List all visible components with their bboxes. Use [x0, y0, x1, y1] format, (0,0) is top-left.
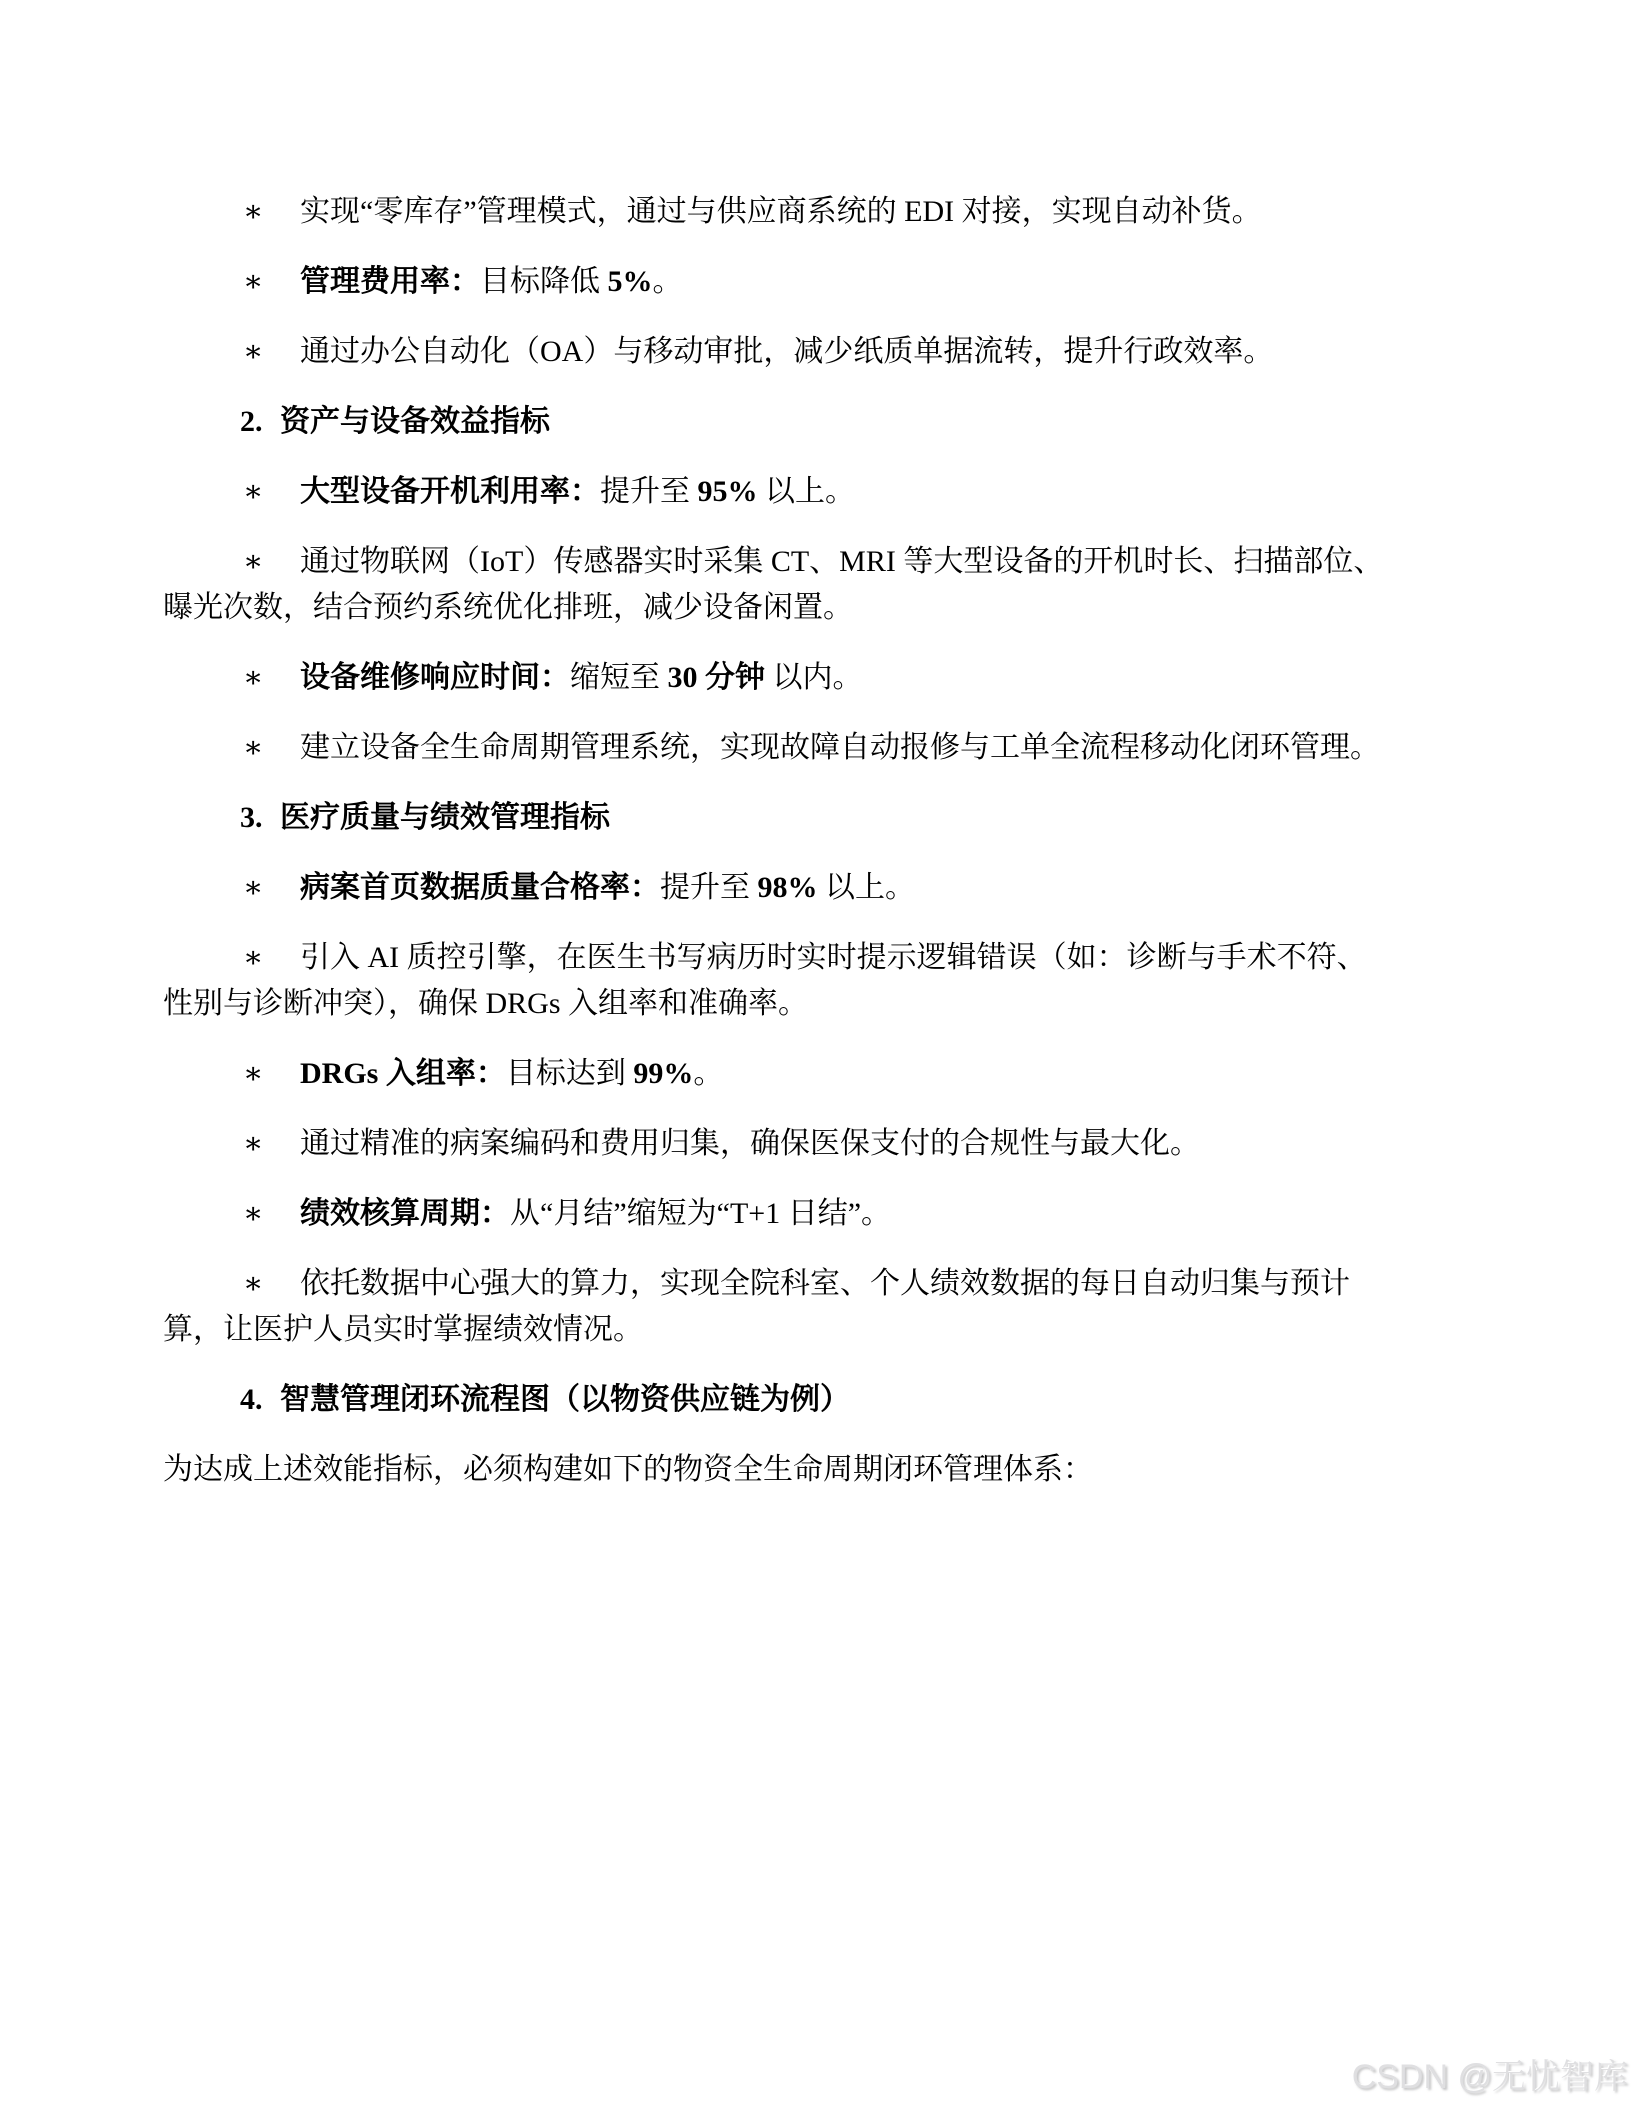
- text-run: 实现“零库存”管理模式，通过与供应商系统的 EDI 对接，实现自动补货。: [300, 195, 1262, 228]
- text-run: 建立设备全生命周期管理系统，实现故障自动报修与工单全流程移动化闭环管理。: [300, 731, 1380, 764]
- text-run: 管理费用率：: [300, 265, 480, 298]
- bullet-paragraph: ∗大型设备开机利用率：提升至 95% 以上。: [163, 469, 1393, 515]
- section-heading: 4.智慧管理闭环流程图（以物资供应链为例）: [163, 1377, 1393, 1423]
- text-run: 。: [653, 265, 683, 298]
- bullet-paragraph: ∗绩效核算周期：从“月结”缩短为“T+1 日结”。: [163, 1191, 1393, 1237]
- bullet-marker: ∗: [243, 1121, 300, 1167]
- text-run: 30 分钟: [668, 661, 766, 694]
- heading-number: 2.: [240, 399, 280, 445]
- document-content: ∗实现“零库存”管理模式，通过与供应商系统的 EDI 对接，实现自动补货。∗管理…: [163, 189, 1393, 1517]
- csdn-watermark: CSDN @无忧智库: [1352, 2049, 1628, 2098]
- bullet-paragraph: ∗设备维修响应时间：缩短至 30 分钟 以内。: [163, 655, 1393, 701]
- text-run: 通过办公自动化（OA）与移动审批，减少纸质单据流转，提升行政效率。: [300, 335, 1273, 368]
- body-paragraph: 为达成上述效能指标，必须构建如下的物资全生命周期闭环管理体系：: [163, 1447, 1393, 1493]
- text-run: 智慧管理闭环流程图（以物资供应链为例）: [280, 1383, 850, 1416]
- bullet-marker: ∗: [243, 1261, 300, 1307]
- text-run: 以上。: [758, 475, 856, 508]
- text-run: 提升至: [600, 475, 698, 508]
- heading-number: 4.: [240, 1377, 280, 1423]
- text-run: 医疗质量与绩效管理指标: [280, 801, 610, 834]
- bullet-marker: ∗: [243, 329, 300, 375]
- text-run: 病案首页数据质量合格率：: [300, 871, 660, 904]
- text-run: 设备维修响应时间：: [300, 661, 570, 694]
- bullet-marker: ∗: [243, 259, 300, 305]
- document-page: ∗实现“零库存”管理模式，通过与供应商系统的 EDI 对接，实现自动补货。∗管理…: [0, 0, 1632, 2112]
- text-run: 提升至: [660, 871, 758, 904]
- bullet-paragraph: ∗依托数据中心强大的算力，实现全院科室、个人绩效数据的每日自动归集与预计算，让医…: [163, 1261, 1393, 1353]
- section-heading: 2.资产与设备效益指标: [163, 399, 1393, 445]
- bullet-paragraph: ∗建立设备全生命周期管理系统，实现故障自动报修与工单全流程移动化闭环管理。: [163, 725, 1393, 771]
- text-run: 目标降低: [480, 265, 608, 298]
- text-run: 资产与设备效益指标: [280, 405, 550, 438]
- text-run: 缩短至: [570, 661, 668, 694]
- text-run: 99%: [633, 1057, 693, 1090]
- text-run: 依托数据中心强大的算力，实现全院科室、个人绩效数据的每日自动归集与预计算，让医护…: [163, 1267, 1350, 1346]
- bullet-marker: ∗: [243, 655, 300, 701]
- bullet-paragraph: ∗引入 AI 质控引擎，在医生书写病历时实时提示逻辑错误（如：诊断与手术不符、性…: [163, 935, 1393, 1027]
- bullet-marker: ∗: [243, 935, 300, 981]
- bullet-paragraph: ∗通过物联网（IoT）传感器实时采集 CT、MRI 等大型设备的开机时长、扫描部…: [163, 539, 1393, 631]
- text-run: 大型设备开机利用率：: [300, 475, 600, 508]
- bullet-marker: ∗: [243, 865, 300, 911]
- bullet-paragraph: ∗DRGs 入组率：目标达到 99%。: [163, 1051, 1393, 1097]
- bullet-paragraph: ∗实现“零库存”管理模式，通过与供应商系统的 EDI 对接，实现自动补货。: [163, 189, 1393, 235]
- text-run: 通过精准的病案编码和费用归集，确保医保支付的合规性与最大化。: [300, 1127, 1200, 1160]
- text-run: 引入 AI 质控引擎，在医生书写病历时实时提示逻辑错误（如：诊断与手术不符、性别…: [163, 941, 1367, 1020]
- text-run: 98%: [758, 871, 818, 904]
- heading-number: 3.: [240, 795, 280, 841]
- bullet-marker: ∗: [243, 1191, 300, 1237]
- text-run: 。: [693, 1057, 723, 1090]
- bullet-paragraph: ∗通过办公自动化（OA）与移动审批，减少纸质单据流转，提升行政效率。: [163, 329, 1393, 375]
- bullet-marker: ∗: [243, 469, 300, 515]
- text-run: 95%: [698, 475, 758, 508]
- text-run: 目标达到: [506, 1057, 634, 1090]
- text-run: 从“月结”缩短为“T+1 日结”。: [510, 1197, 891, 1230]
- text-run: 以内。: [765, 661, 863, 694]
- bullet-marker: ∗: [243, 189, 300, 235]
- section-heading: 3.医疗质量与绩效管理指标: [163, 795, 1393, 841]
- bullet-paragraph: ∗病案首页数据质量合格率：提升至 98% 以上。: [163, 865, 1393, 911]
- text-run: 5%: [608, 265, 653, 298]
- text-run: 以上。: [818, 871, 916, 904]
- text-run: 通过物联网（IoT）传感器实时采集 CT、MRI 等大型设备的开机时长、扫描部位…: [163, 545, 1383, 624]
- bullet-paragraph: ∗通过精准的病案编码和费用归集，确保医保支付的合规性与最大化。: [163, 1121, 1393, 1167]
- text-run: 绩效核算周期：: [300, 1197, 510, 1230]
- bullet-marker: ∗: [243, 1051, 300, 1097]
- bullet-paragraph: ∗管理费用率：目标降低 5%。: [163, 259, 1393, 305]
- text-run: DRGs 入组率：: [300, 1057, 506, 1090]
- bullet-marker: ∗: [243, 539, 300, 585]
- text-run: 为达成上述效能指标，必须构建如下的物资全生命周期闭环管理体系：: [163, 1453, 1093, 1486]
- bullet-marker: ∗: [243, 725, 300, 771]
